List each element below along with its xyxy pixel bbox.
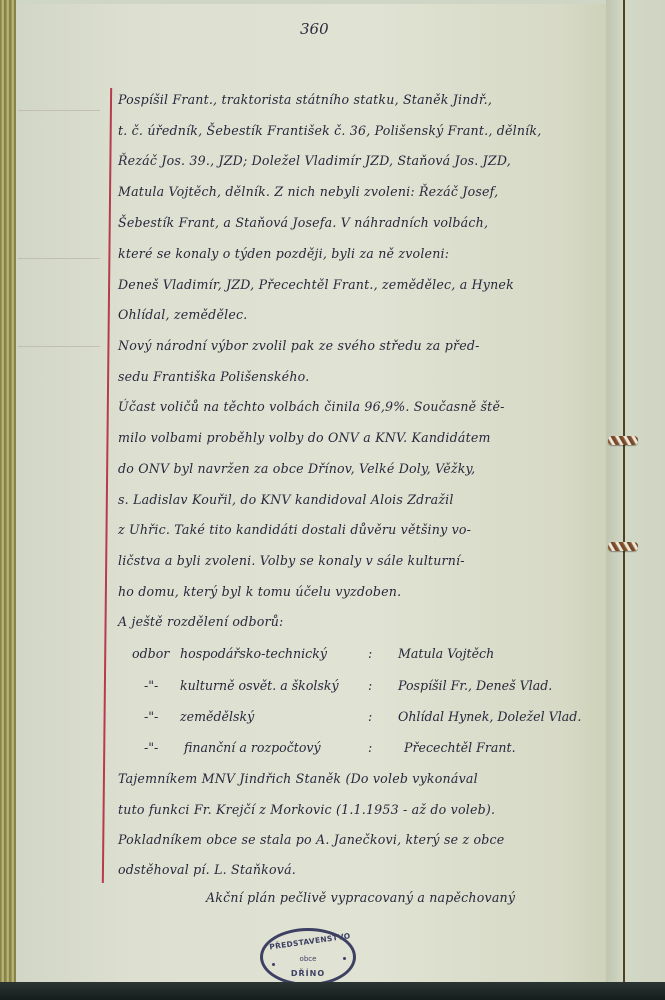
facing-page-edge: [606, 0, 665, 984]
stamp-text-middle: obce: [263, 955, 353, 963]
text-line: sedu Františka Polišenského.: [118, 369, 309, 384]
department-prefix: -"-: [144, 678, 158, 693]
bleed-through-line: [18, 258, 100, 259]
official-stamp: PŘEDSTAVENSTVO obce DŘÍNO: [260, 928, 356, 986]
stamp-text-top: PŘEDSTAVENSTVO: [269, 931, 349, 951]
text-line: Šebestík Frant, a Staňová Josefa. V náhr…: [118, 215, 488, 230]
text-line: tuto funkci Fr. Krejčí z Morkovic (1.1.1…: [118, 802, 495, 817]
department-sep: :: [368, 646, 372, 661]
text-line: Nový národní výbor zvolil pak ze svého s…: [118, 338, 480, 353]
department-prefix: odbor: [132, 646, 169, 661]
department-sep: :: [368, 740, 372, 755]
left-page-edges: [0, 0, 16, 1000]
text-line: Ohlídal, zemědělec.: [118, 307, 247, 322]
text-line: odstěhoval pí. L. Staňková.: [118, 862, 296, 877]
department-prefix: -"-: [144, 709, 158, 724]
binding-string-upper: [608, 436, 638, 445]
scan-bottom-shadow: [0, 982, 665, 1000]
text-line: Pospíšil Frant., traktorista státního st…: [118, 92, 492, 107]
bleed-through-line: [18, 346, 100, 347]
department-name: kulturně osvět. a školský: [180, 678, 339, 693]
department-sep: :: [368, 678, 372, 693]
department-members: Přecechtěl Frant.: [404, 740, 516, 755]
department-name: hospodářsko-technický: [180, 646, 327, 661]
stamp-dot-icon: [343, 957, 346, 960]
bleed-through-line: [18, 110, 100, 111]
text-line: ličstva a byli zvoleni. Volby se konaly …: [118, 553, 465, 568]
text-line: milo volbami proběhly volby do ONV a KNV…: [118, 430, 491, 445]
department-sep: :: [368, 709, 372, 724]
text-line: Deneš Vladimír, JZD, Přecechtěl Frant., …: [118, 277, 514, 292]
text-line: Řezáč Jos. 39., JZD; Doležel Vladimír JZ…: [118, 153, 511, 168]
department-prefix: -"-: [144, 740, 158, 755]
stamp-text-bottom: DŘÍNO: [263, 969, 353, 978]
text-line: t. č. úředník, Šebestík František č. 36,…: [118, 123, 541, 138]
text-line: Účast voličů na těchto volbách činila 96…: [118, 399, 505, 414]
page-number: 360: [300, 20, 329, 38]
binding-string-lower: [608, 542, 638, 551]
text-line: Matula Vojtěch, dělník. Z nich nebyli zv…: [118, 184, 498, 199]
department-name: zemědělský: [180, 709, 254, 724]
stamp-dot-icon: [272, 963, 275, 966]
department-members: Pospíšil Fr., Deneš Vlad.: [398, 678, 552, 693]
text-line: Pokladníkem obce se stala po A. Janečkov…: [118, 832, 504, 847]
text-line: s. Ladislav Kouřil, do KNV kandidoval Al…: [118, 492, 454, 507]
text-line: ho domu, který byl k tomu účelu vyzdoben…: [118, 584, 401, 599]
text-line: Tajemníkem MNV Jindřich Staněk (Do voleb…: [118, 771, 478, 786]
text-line: do ONV byl navržen za obce Dřínov, Velké…: [118, 461, 475, 476]
text-line: Akční plán pečlivě vypracovaný a napěcho…: [206, 890, 515, 905]
department-name: finanční a rozpočtový: [184, 740, 321, 755]
department-members: Matula Vojtěch: [398, 646, 494, 661]
department-members: Ohlídal Hynek, Doležel Vlad.: [398, 709, 581, 724]
text-line: z Uhřic. Také tito kandidáti dostali dův…: [118, 522, 471, 537]
gutter-line: [623, 0, 625, 984]
book-scan: 360 Pospíšil Frant., traktorista státníh…: [0, 0, 665, 1000]
text-line: A ještě rozdělení odborů:: [118, 614, 283, 629]
text-line: které se konaly o týden později, byli za…: [118, 246, 449, 261]
